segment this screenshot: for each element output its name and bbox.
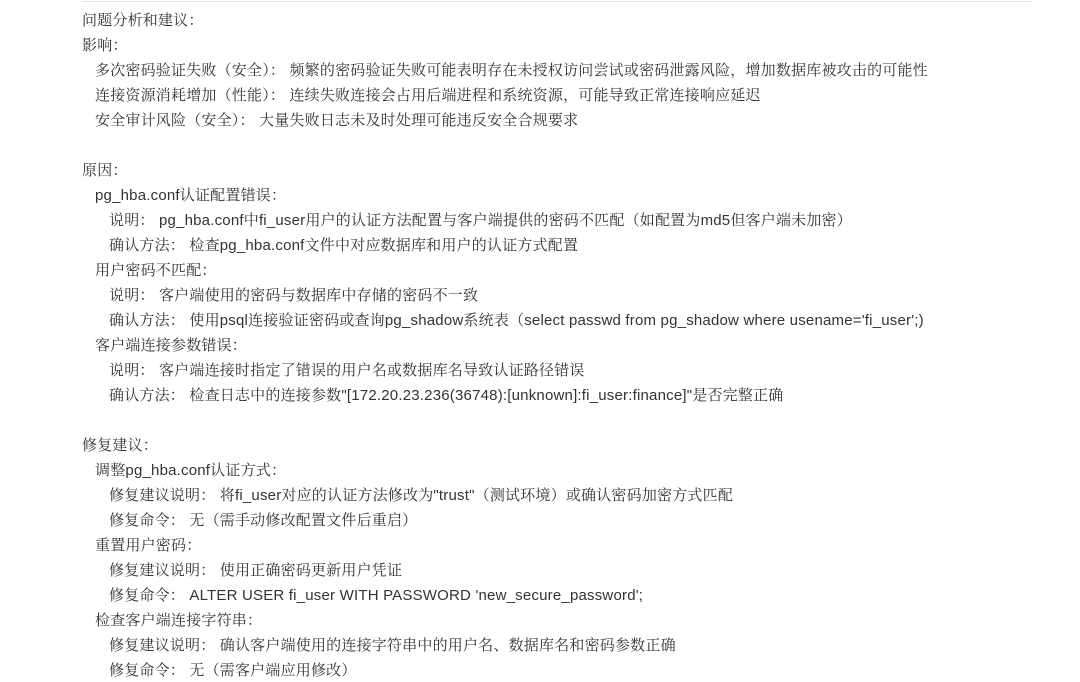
doc-line: 影响： xyxy=(82,33,1050,58)
doc-line: 修复建议说明： 确认客户端使用的连接字符串中的用户名、数据库名和密码参数正确 xyxy=(82,633,1050,658)
doc-line: 连接资源消耗增加（性能）： 连续失败连接会占用后端进程和系统资源，可能导致正常连… xyxy=(82,83,1050,108)
doc-line: 确认方法： 使用psql连接验证密码或查询pg_shadow系统表（select… xyxy=(82,308,1050,333)
doc-line: 修复建议说明： 使用正确密码更新用户凭证 xyxy=(82,558,1050,583)
doc-line: 说明： 客户端使用的密码与数据库中存储的密码不一致 xyxy=(82,283,1050,308)
doc-line: 安全审计风险（安全）： 大量失败日志未及时处理可能违反安全合规要求 xyxy=(82,108,1050,133)
analysis-document: 问题分析和建议：影响：多次密码验证失败（安全）： 频繁的密码验证失败可能表明存在… xyxy=(82,8,1050,682)
doc-line: 修复命令： ALTER USER fi_user WITH PASSWORD '… xyxy=(82,583,1050,608)
page: { "page": { "background": "#ffffff", "te… xyxy=(0,0,1080,682)
doc-line: 重置用户密码： xyxy=(82,533,1050,558)
blank-line xyxy=(82,133,1050,158)
doc-line: 多次密码验证失败（安全）： 频繁的密码验证失败可能表明存在未授权访问尝试或密码泄… xyxy=(82,58,1050,83)
doc-line: 调整pg_hba.conf认证方式： xyxy=(82,458,1050,483)
doc-line: 客户端连接参数错误： xyxy=(82,333,1050,358)
doc-line: 确认方法： 检查日志中的连接参数"[172.20.23.236(36748):[… xyxy=(82,383,1050,408)
doc-line: 说明： pg_hba.conf中fi_user用户的认证方法配置与客户端提供的密… xyxy=(82,208,1050,233)
doc-line: 修复建议： xyxy=(82,433,1050,458)
doc-line: 检查客户端连接字符串： xyxy=(82,608,1050,633)
doc-line: 说明： 客户端连接时指定了错误的用户名或数据库名导致认证路径错误 xyxy=(82,358,1050,383)
doc-line: 用户密码不匹配： xyxy=(82,258,1050,283)
doc-line: pg_hba.conf认证配置错误： xyxy=(82,183,1050,208)
doc-line: 原因： xyxy=(82,158,1050,183)
doc-line: 修复命令： 无（需客户端应用修改） xyxy=(82,658,1050,682)
top-divider xyxy=(82,1,1033,2)
doc-line: 问题分析和建议： xyxy=(82,8,1050,33)
blank-line xyxy=(82,408,1050,433)
doc-line: 确认方法： 检查pg_hba.conf文件中对应数据库和用户的认证方式配置 xyxy=(82,233,1050,258)
doc-line: 修复命令： 无（需手动修改配置文件后重启） xyxy=(82,508,1050,533)
doc-line: 修复建议说明： 将fi_user对应的认证方法修改为"trust"（测试环境）或… xyxy=(82,483,1050,508)
